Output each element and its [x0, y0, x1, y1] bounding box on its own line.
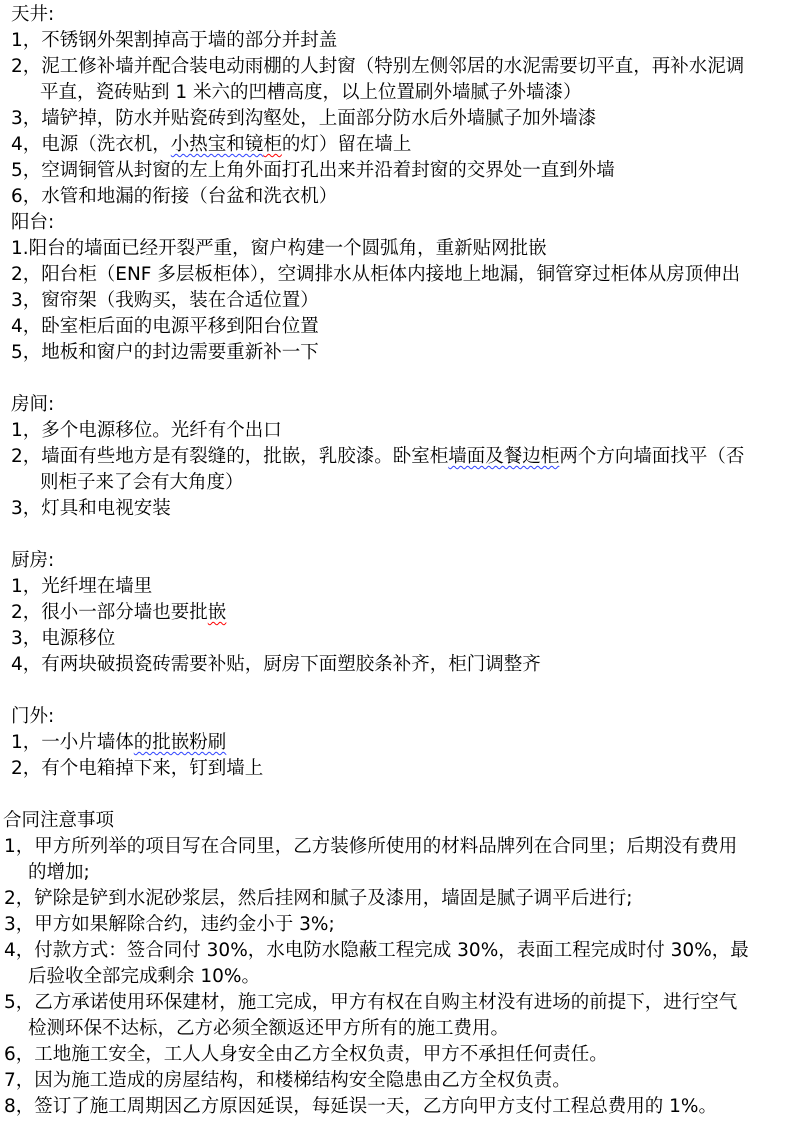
item-number: 6， [4, 1044, 34, 1065]
item-number: 1. [11, 238, 29, 259]
spellcheck-red-wavy-text: 嵌 [208, 602, 227, 623]
list-item: 5，乙方承诺使用环保建材，施工完成，甲方有权在自购主材没有进场的前提下，进行空气… [4, 990, 750, 1042]
item-number: 5， [4, 992, 34, 1013]
item-number: 4， [11, 316, 41, 337]
blank-line [0, 678, 795, 704]
list-item: 3，墙铲掉，防水并贴瓷砖到沟壑处，上面部分防水后外墙腻子加外墙漆 [11, 106, 753, 132]
list-item: 4，电源（洗衣机，小热宝和镜柜的灯）留在墙上 [11, 132, 753, 158]
list-item: 5，地板和窗户的封边需要重新补一下 [11, 340, 753, 366]
item-text: 多个电源移位。光纤有个出口 [41, 420, 282, 441]
item-number: 1， [4, 836, 34, 857]
list-item: 3，甲方如果解除合约，违约金小于 3%; [4, 912, 750, 938]
item-text: 有个电箱掉下来，钉到墙上 [41, 758, 263, 779]
list-item: 6，工地施工安全，工人人身安全由乙方全权负责，甲方不承担任何责任。 [4, 1042, 750, 1068]
item-number: 4， [11, 134, 41, 155]
spellcheck-blue-wavy-text: 墙面及餐边柜 [448, 446, 559, 467]
item-number: 3， [11, 628, 41, 649]
list-item: 4，有两块破损瓷砖需要补贴，厨房下面塑胶条补齐，柜门调整齐 [11, 652, 753, 678]
item-text: 灯具和电视安装 [41, 498, 171, 519]
spellcheck-red-wavy-text: 柜 [263, 134, 282, 155]
list-item: 4，付款方式：签合同付 30%，水电防水隐蔽工程完成 30%，表面工程完成时付 … [4, 938, 750, 990]
item-text: 很小一部分墙也要批 [41, 602, 208, 623]
item-text: 电源移位 [41, 628, 115, 649]
item-number: 2， [11, 56, 41, 77]
item-text: 的灯）留在墙上 [282, 134, 412, 155]
item-text: 有两块破损瓷砖需要补贴，厨房下面塑胶条补齐，柜门调整齐 [41, 654, 541, 675]
section-heading: 阳台: [11, 210, 753, 236]
list-item: 3，电源移位 [11, 626, 753, 652]
item-number: 5， [11, 342, 41, 363]
spellcheck-blue-wavy-text: 的批嵌粉刷 [134, 732, 227, 753]
item-number: 7， [4, 1070, 34, 1091]
item-text: 付款方式：签合同付 30%，水电防水隐蔽工程完成 30%，表面工程完成时付 30… [28, 940, 749, 987]
list-item: 1.阳台的墙面已经开裂严重，窗户构建一个圆弧角，重新贴网批嵌 [11, 236, 753, 262]
item-text: 甲方所列举的项目写在合同里，乙方装修所使用的材料品牌列在合同里；后期没有费用的增… [28, 836, 737, 883]
item-number: 3， [11, 108, 41, 129]
list-item: 2，墙面有些地方是有裂缝的，批嵌，乳胶漆。卧室柜墙面及餐边柜两个方向墙面找平（否… [11, 444, 753, 496]
document-page: 天井:1，不锈钢外架割掉高于墙的部分并封盖2，泥工修补墙并配合装电动雨棚的人封窗… [0, 0, 795, 1120]
item-text: 墙面有些地方是有裂缝的，批嵌，乳胶漆。卧室柜 [41, 446, 448, 467]
item-text: 泥工修补墙并配合装电动雨棚的人封窗（特别左侧邻居的水泥需要切平直，再补水泥调平直… [40, 56, 744, 103]
item-number: 6， [11, 186, 41, 207]
item-number: 2， [11, 264, 41, 285]
list-item: 1，不锈钢外架割掉高于墙的部分并封盖 [11, 28, 753, 54]
item-text: 空调铜管从封窗的左上角外面打孔出来并沿着封窗的交界处一直到外墙 [41, 160, 615, 181]
blank-line [0, 366, 795, 392]
item-text: 墙铲掉，防水并贴瓷砖到沟壑处，上面部分防水后外墙腻子加外墙漆 [41, 108, 596, 129]
item-number: 2， [11, 446, 41, 467]
list-item: 3，窗帘架（我购买，装在合适位置） [11, 288, 753, 314]
list-item: 4，卧室柜后面的电源平移到阳台位置 [11, 314, 753, 340]
item-number: 3， [11, 498, 41, 519]
item-text: 水管和地漏的衔接（台盆和洗衣机） [41, 186, 337, 207]
item-number: 3， [11, 290, 41, 311]
item-text: 窗帘架（我购买，装在合适位置） [41, 290, 319, 311]
item-number: 1， [11, 420, 41, 441]
item-number: 8， [4, 1096, 34, 1117]
list-item: 1，光纤埋在墙里 [11, 574, 753, 600]
blank-line [0, 522, 795, 548]
section-heading: 合同注意事项 [3, 808, 750, 834]
section-heading: 天井: [11, 2, 753, 28]
item-text: 卧室柜后面的电源平移到阳台位置 [41, 316, 319, 337]
item-number: 2， [4, 888, 34, 909]
item-number: 1， [11, 30, 41, 51]
item-number: 1， [11, 576, 41, 597]
list-item: 8，签订了施工周期因乙方原因延误，每延误一天，乙方向甲方支付工程总费用的 1%。 [4, 1094, 750, 1120]
item-number: 5， [11, 160, 41, 181]
item-text: 不锈钢外架割掉高于墙的部分并封盖 [41, 30, 337, 51]
spellcheck-blue-wavy-text: 小热宝和镜 [171, 134, 264, 155]
list-item: 6，水管和地漏的衔接（台盆和洗衣机） [11, 184, 753, 210]
item-text: 阳台柜（ENF 多层板柜体），空调排水从柜体内接地上地漏，铜管穿过柜体从房顶伸出 [41, 264, 740, 285]
list-item: 1，一小片墙体的批嵌粉刷 [11, 730, 753, 756]
item-number: 4， [4, 940, 34, 961]
section-heading: 厨房: [11, 548, 753, 574]
list-item: 3，灯具和电视安装 [11, 496, 753, 522]
list-item: 5，空调铜管从封窗的左上角外面打孔出来并沿着封窗的交界处一直到外墙 [11, 158, 753, 184]
item-number: 1， [11, 732, 41, 753]
item-number: 3， [4, 914, 34, 935]
item-text: 乙方承诺使用环保建材，施工完成，甲方有权在自购主材没有进场的前提下，进行空气检测… [28, 992, 737, 1039]
list-item: 2，有个电箱掉下来，钉到墙上 [11, 756, 753, 782]
document-content[interactable]: 天井:1，不锈钢外架割掉高于墙的部分并封盖2，泥工修补墙并配合装电动雨棚的人封窗… [0, 2, 795, 1120]
item-text: 因为施工造成的房屋结构，和楼梯结构安全隐患由乙方全权负责。 [34, 1070, 571, 1091]
item-text: 一小片墙体 [41, 732, 134, 753]
item-text: 签订了施工周期因乙方原因延误，每延误一天，乙方向甲方支付工程总费用的 1%。 [34, 1096, 717, 1117]
item-text: 甲方如果解除合约，违约金小于 3%; [34, 914, 334, 935]
list-item: 2，铲除是铲到水泥砂浆层，然后挂网和腻子及漆用，墙固是腻子调平后进行; [4, 886, 750, 912]
list-item: 2，很小一部分墙也要批嵌 [11, 600, 753, 626]
section-heading: 门外: [11, 704, 753, 730]
item-text: 光纤埋在墙里 [41, 576, 152, 597]
list-item: 2，泥工修补墙并配合装电动雨棚的人封窗（特别左侧邻居的水泥需要切平直，再补水泥调… [11, 54, 753, 106]
list-item: 2，阳台柜（ENF 多层板柜体），空调排水从柜体内接地上地漏，铜管穿过柜体从房顶… [11, 262, 753, 288]
list-item: 1，多个电源移位。光纤有个出口 [11, 418, 753, 444]
item-number: 2， [11, 602, 41, 623]
item-number: 2， [11, 758, 41, 779]
list-item: 1，甲方所列举的项目写在合同里，乙方装修所使用的材料品牌列在合同里；后期没有费用… [4, 834, 750, 886]
item-number: 4， [11, 654, 41, 675]
item-text: 铲除是铲到水泥砂浆层，然后挂网和腻子及漆用，墙固是腻子调平后进行; [34, 888, 632, 909]
item-text: 阳台的墙面已经开裂严重，窗户构建一个圆弧角，重新贴网批嵌 [29, 238, 547, 259]
item-text: 地板和窗户的封边需要重新补一下 [41, 342, 319, 363]
blank-line [0, 782, 795, 808]
item-text: 工地施工安全，工人人身安全由乙方全权负责，甲方不承担任何责任。 [34, 1044, 608, 1065]
item-text: 电源（洗衣机， [41, 134, 171, 155]
section-heading: 房间: [11, 392, 753, 418]
list-item: 7，因为施工造成的房屋结构，和楼梯结构安全隐患由乙方全权负责。 [4, 1068, 750, 1094]
